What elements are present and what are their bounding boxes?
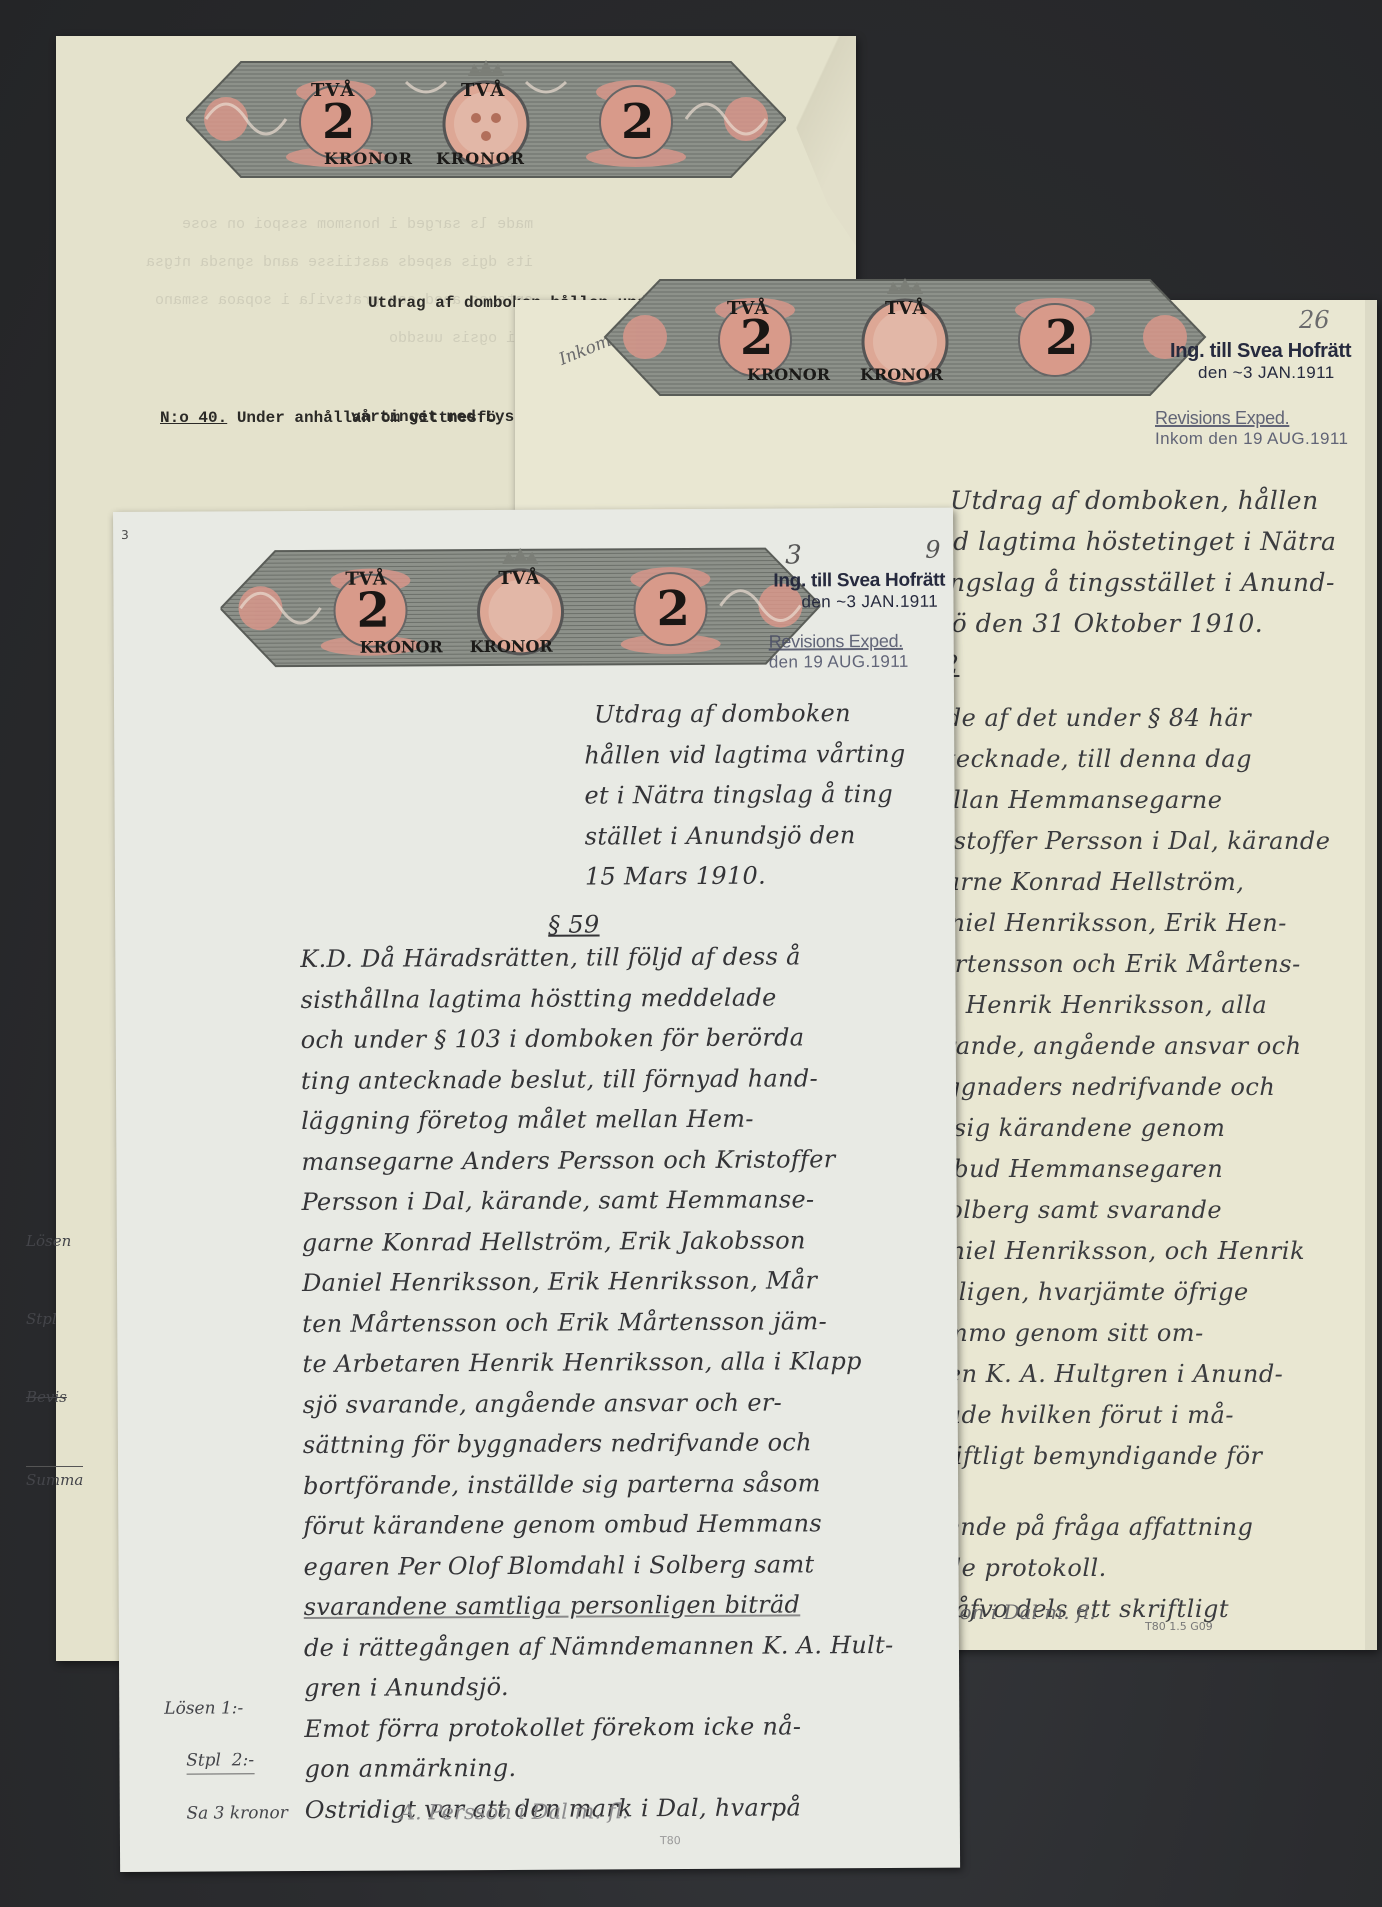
stamp-label-tva-right: TVÅ	[461, 80, 505, 101]
body-line: förut kärandene genom ombud Hemmans	[303, 1503, 893, 1547]
body-line: K.D. Då Häradsrätten, till följd af dess…	[300, 936, 890, 980]
stamp-value-left: 2	[322, 94, 355, 150]
body-line: Kristoffer Persson i Dal, kärande	[915, 821, 1330, 862]
received-rubber-stamp: Ing. till Svea Hofrätt den ~3 JAN.1911	[773, 570, 945, 613]
stamp-ornament-icon	[595, 270, 1215, 405]
heading-line: vid lagtima höstetinget i Nätra	[930, 521, 1336, 562]
body-line: de sig kärandene genom	[915, 1108, 1330, 1149]
revision-stamp-line1: Revisions Exped.	[769, 631, 909, 653]
fee-note-losen: Lösen	[26, 1228, 83, 1254]
heading-line: et i Nätra tingslag å ting	[584, 774, 905, 816]
body-line: sisthållna lagtima höstting meddelade	[300, 976, 890, 1020]
stamp-value-left: 2	[740, 310, 773, 366]
body-line: sättning för byggnaders nedrifvande och	[303, 1422, 893, 1466]
stamp-label-kronor-right: KRONOR	[470, 637, 553, 656]
body-line: nnen K. A. Hultgren i Anund-	[915, 1354, 1330, 1395]
stamp-label-kronor-right: KRONOR	[860, 365, 943, 384]
body-line: sjö svarande, angående ansvar och er-	[303, 1381, 893, 1425]
heading-line: stället i Anundsjö den	[585, 814, 906, 856]
stamp-label-kronor-left: KRONOR	[360, 637, 443, 656]
revision-stamp-date: Inkom den 19 AUG.1911	[1155, 429, 1348, 449]
received-stamp-line1: Ing. till Svea Hofrätt	[1170, 340, 1351, 363]
body-line: te Arbetaren Henrik Henriksson, alla i K…	[302, 1341, 892, 1385]
fee-note-stpl: Stpl 2:-	[186, 1747, 254, 1774]
body-line: gren i Anundsjö.	[304, 1665, 894, 1709]
heading-line: Utdrag af domboken, hållen	[950, 480, 1336, 521]
body-line: och under § 103 i domboken för berörda	[301, 1017, 891, 1061]
cursive-body: K.D. Då Häradsrätten, till följd af dess…	[300, 936, 894, 1830]
stamp-label-kronor-left: KRONOR	[324, 149, 413, 168]
stamp-value-right: 2	[656, 581, 690, 637]
stamp-label-kronor-left: KRONOR	[747, 365, 830, 384]
body-line: Daniel Henriksson, Erik Hen-	[915, 903, 1330, 944]
body-line: ren Henrik Henriksson, alla	[915, 985, 1330, 1026]
heading-line: 15 Mars 1910.	[585, 855, 906, 897]
stamp-label-tva-right: TVÅ	[885, 298, 926, 319]
stamp-value-right: 2	[1045, 310, 1078, 366]
body-line: ombud Hemmansegaren	[915, 1149, 1330, 1190]
body-line: byggnaders nedrifvande och	[915, 1067, 1330, 1108]
body-line: garne Konrad Hellström, Erik Jakobsson	[302, 1219, 892, 1263]
body-line: ppade hvilken förut i må-	[915, 1395, 1330, 1436]
heading-line: tingslag å tingsstället i Anund-	[930, 562, 1336, 603]
body-line: svarandene samtliga personligen biträd	[304, 1584, 894, 1628]
body-line: kommo genom sitt om-	[915, 1313, 1330, 1354]
heading-line: sjö den 31 Oktober 1910.	[930, 603, 1336, 644]
page-number: 26	[1299, 306, 1330, 334]
handwritten-court-extract-sheet-c: 3 3 9 TVÅ TVÅ 2	[113, 508, 960, 1872]
body-line: Under anhållan om vittnesfö	[227, 409, 496, 427]
body-line: Persson i Dal, kärande, samt Hemmanse-	[302, 1179, 892, 1223]
cursive-heading: Utdrag af domboken hållen vid lagtima vå…	[584, 693, 906, 897]
revision-rubber-stamp: Revisions Exped. den 19 AUG.1911	[769, 631, 909, 673]
body-line: Daniel Henriksson, och Henrik	[915, 1231, 1330, 1272]
revision-stamp-line1: Revisions Exped.	[1155, 408, 1348, 429]
archive-code: T80	[660, 1834, 681, 1847]
fee-note-total: Sa 3 kronor	[165, 1800, 288, 1827]
body-line: gon anmärkning.	[304, 1746, 894, 1790]
received-stamp-line1: Ing. till Svea Hofrätt	[773, 570, 945, 593]
revision-rubber-stamp: Revisions Exped. Inkom den 19 AUG.1911	[1155, 408, 1348, 449]
corner-mark: 3	[121, 528, 129, 542]
body-line	[915, 1477, 1330, 1507]
body-line: ande protokoll.	[915, 1548, 1330, 1589]
revision-stamp-date: den 19 AUG.1911	[769, 652, 909, 673]
body-line: gående på fråga affattning	[915, 1507, 1330, 1548]
body-line: antecknade, till denna dag	[915, 739, 1330, 780]
heading-line: Utdrag af domboken	[594, 693, 905, 735]
fee-note-summa: Summa	[26, 1466, 83, 1493]
body-line: Mårtensson och Erik Mårtens-	[915, 944, 1330, 985]
body-line: egarne Konrad Hellström,	[915, 862, 1330, 903]
page-number-b: 9	[925, 536, 940, 564]
fee-note-losen: Lösen 1:-	[164, 1695, 287, 1722]
received-rubber-stamp: Ing. till Svea Hofrätt den ~3 JAN.1911	[1170, 340, 1351, 383]
heading-line: hållen vid lagtima vårting	[584, 733, 905, 775]
cursive-heading: Utdrag af domboken, hållen vid lagtima h…	[950, 480, 1336, 685]
stamp-value-right: 2	[621, 94, 654, 150]
fee-notes: Lösen 1:- Stpl 2:- Sa 3 kronor	[164, 1643, 288, 1879]
section-mark: §2	[930, 644, 1336, 685]
stamp-label-tva-right: TVÅ	[498, 568, 539, 589]
revenue-stamp-two-kronor	[595, 270, 1215, 405]
fee-note-stpl: Stpl	[26, 1306, 83, 1332]
body-line: varande, angående ansvar och	[915, 1026, 1330, 1067]
fee-note-bevis: Bevis	[26, 1384, 83, 1410]
body-line: ände af det under § 84 här	[915, 698, 1330, 739]
received-stamp-date: den ~3 JAN.1911	[801, 592, 945, 613]
stamp-label-kronor-right: KRONOR	[436, 149, 525, 168]
received-stamp-date: den ~3 JAN.1911	[1198, 363, 1351, 383]
body-line: mellan Hemmansegarne	[915, 780, 1330, 821]
body-line: skriftligt bemyndigande för	[915, 1436, 1330, 1477]
fee-margin-notes: Lösen Stpl Bevis Summa	[26, 1176, 83, 1545]
body-line: i Solberg samt svarande	[915, 1190, 1330, 1231]
body-line: läggning företog målet mellan Hem-	[301, 1098, 891, 1142]
body-line: de i rättegången af Nämndemannen K. A. H…	[304, 1624, 894, 1668]
cursive-body: ände af det under § 84 här antecknade, t…	[915, 698, 1330, 1630]
body-line: bortförande, inställde sig parterna såso…	[303, 1462, 893, 1506]
footer-pencil-note: A. Persson i Dal m. fl.	[400, 1799, 629, 1824]
body-line: Daniel Henriksson, Erik Henriksson, Mår	[302, 1260, 892, 1304]
body-line: sönligen, hvarjämte öfrige	[915, 1272, 1330, 1313]
body-line: mansegarne Anders Persson och Kristoffer	[301, 1138, 891, 1182]
case-number: N:o 40.	[160, 409, 227, 427]
archive-code: T80 1.5 G09	[1145, 1620, 1213, 1633]
stamp-value-left: 2	[356, 583, 390, 639]
body-line: ten Mårtensson och Erik Mårtensson jäm-	[302, 1300, 892, 1344]
body-line: ting antecknade beslut, till förnyad han…	[301, 1057, 891, 1101]
body-line: Emot förra protokollet förekom icke nå-	[304, 1705, 894, 1749]
body-line: egaren Per Olof Blomdahl i Solberg samt	[303, 1543, 893, 1587]
